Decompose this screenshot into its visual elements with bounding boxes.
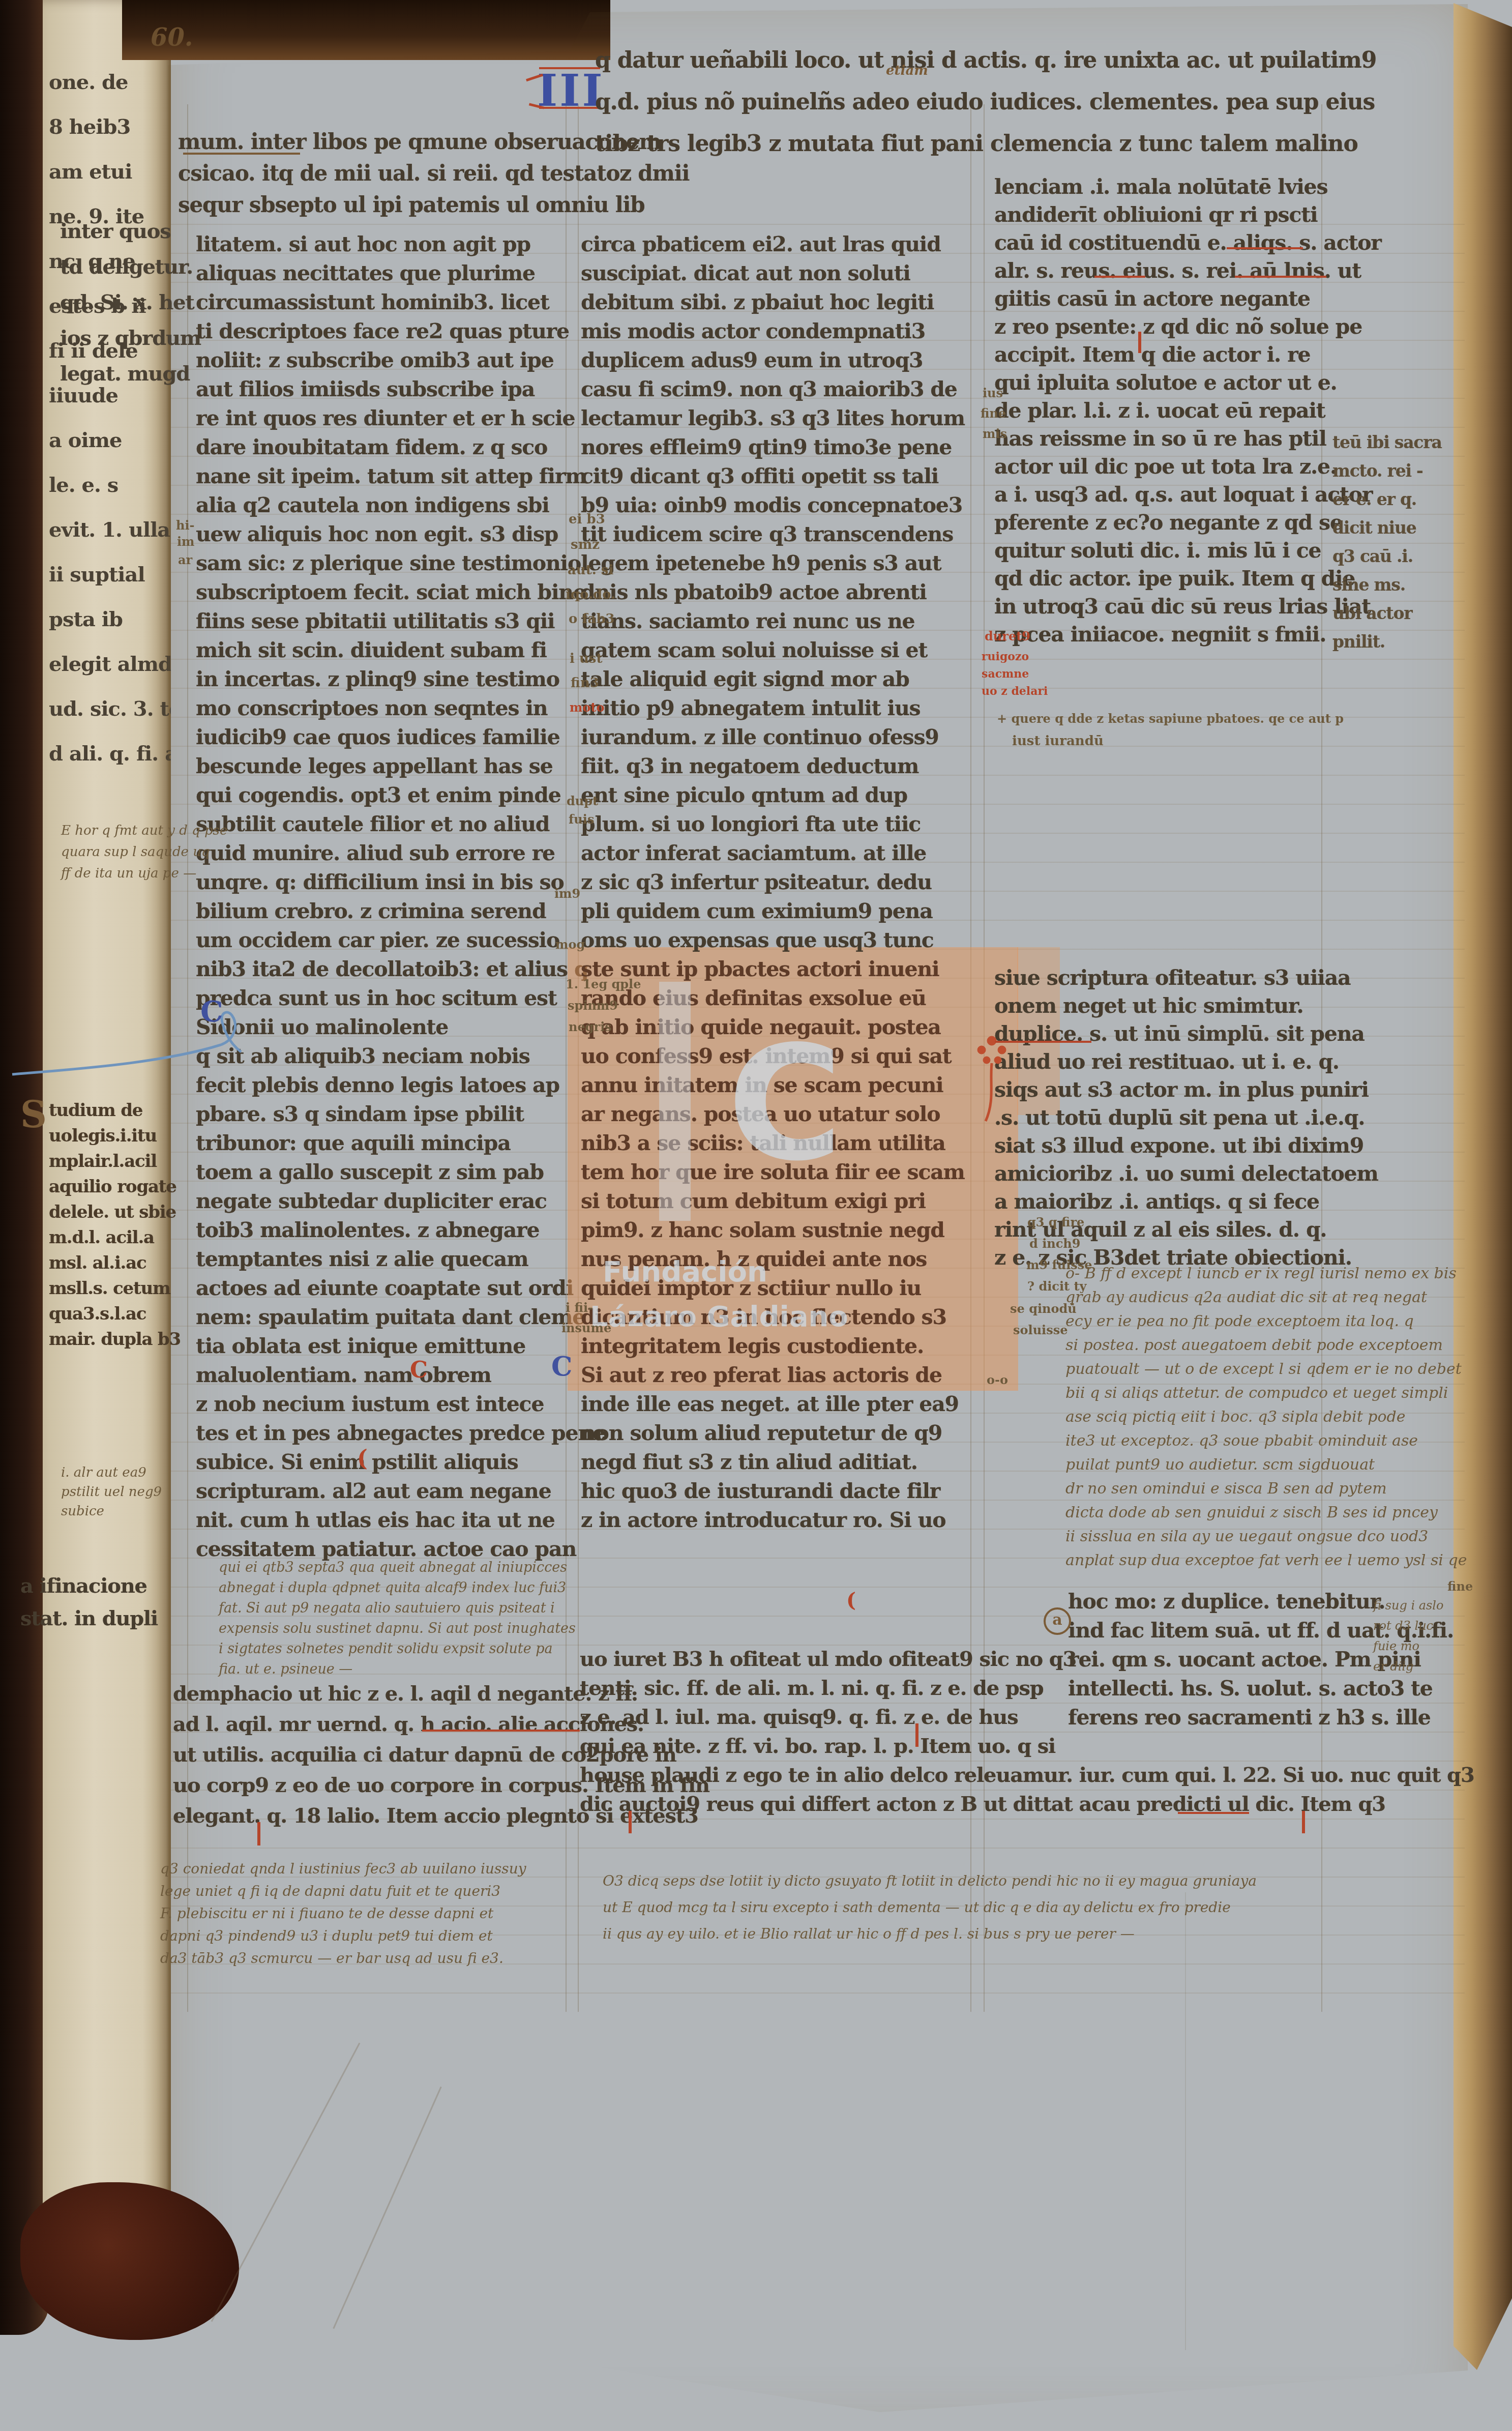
- text-line: re int quos res diunter et er h scie: [196, 404, 605, 433]
- text-line: circumassistunt hominib3. licet: [196, 288, 605, 317]
- gutter-note: soluisse: [1013, 1323, 1068, 1337]
- text-line: fat. Si aut p9 negata alio sautuiero qui…: [219, 1598, 576, 1619]
- text-line: quara sup l saqude uq: [61, 841, 227, 863]
- text-line: ff de ita un uja pe —: [61, 863, 227, 884]
- right-text-column-upper: lenciam .i. mala nolūtatē lviesandiderīt…: [994, 173, 1381, 649]
- text-line: um occidem car pier. ze sucessio: [196, 926, 605, 955]
- text-line: tit iudicem scire q3 transcendens: [581, 520, 965, 549]
- text-line: maluolentiam. nam obrem: [196, 1361, 605, 1390]
- text-line: dr no sen omindui e sisca B sen ad pytem: [1065, 1477, 1467, 1501]
- text-line: z sic q3 infertur psiteatur. dedu: [581, 868, 965, 897]
- paraph-initial: C: [410, 1357, 428, 1383]
- gutter-note: se qinodū: [1010, 1301, 1077, 1316]
- text-line: initio p9 abnegatem intulit ius: [581, 694, 965, 723]
- text-line: teū ibi sacra: [1332, 428, 1442, 457]
- text-line: mair. dupla b3: [49, 1327, 181, 1352]
- gutter-note: im9: [554, 886, 580, 901]
- text-line: expensis solu sustinet dapnu. Si aut pos…: [219, 1619, 576, 1639]
- text-line: da3 tāb3 q3 scmurcu — er bar usq ad usu …: [160, 1947, 526, 1970]
- header-text-block: q datur ueñabili loco. ut nisi d actis. …: [595, 40, 1376, 165]
- text-line: inde ille eas neget. at ille pter ea9: [581, 1390, 959, 1419]
- gutter-note: sacmne: [982, 667, 1029, 681]
- watermark-bar: [659, 982, 691, 1221]
- right-margin-gloss: teū ibi sacramcto. rei -er e. er q.dicit…: [1332, 428, 1442, 656]
- parchment-crease: [1185, 1892, 1186, 2350]
- text-line: pnilit.: [1332, 628, 1442, 656]
- gutter-note: q3 q fire: [1027, 1215, 1084, 1229]
- text-line: ut utilis. acquilia ci datur dapnū de co…: [173, 1740, 709, 1770]
- underfolio-fragments-2: inter quostd deligetur.qd. Si. x. hetios…: [60, 214, 201, 392]
- text-line: cit9 dicant q3 offiti opetit ss tali: [581, 462, 965, 491]
- text-line: fuie mo: [1373, 1636, 1443, 1656]
- text-line: siue scriptura ofiteatur. s3 uiiaa: [994, 964, 1378, 992]
- rubric-stroke: [1302, 1811, 1305, 1833]
- text-line: qua3.s.l.ac: [49, 1301, 181, 1327]
- text-line: non solum aliud reputetur de q9: [581, 1419, 959, 1448]
- text-line: siqs aut s3 actor m. in plus puniri: [994, 1076, 1378, 1104]
- text-line: stat. in dupli: [20, 1602, 158, 1635]
- gutter-note: iust iurandū: [1012, 734, 1104, 749]
- text-line: dicit niue: [1332, 514, 1442, 542]
- text-line: legat. mugd: [60, 356, 201, 392]
- text-line: quitur soluti dic. i. mis lū i ce: [994, 537, 1381, 565]
- gutter-note: aut. si: [568, 563, 613, 578]
- gutter-note: etiam: [886, 63, 928, 78]
- text-line: accipit. Item q die actor i. re: [994, 341, 1381, 369]
- gutter-note: im: [177, 534, 195, 549]
- text-line: F. plebiscitu er ni i fiuano te de desse…: [160, 1902, 526, 1925]
- text-line: dic auctoi9 reus qui differt acton z B u…: [580, 1790, 1474, 1819]
- text-line: iurandum. z ille continuo ofess9: [581, 723, 965, 752]
- paraph-initial: (: [846, 1588, 856, 1612]
- text-line: aliud uo rei restituao. ut i. e. q.: [994, 1048, 1378, 1076]
- text-line: sine ms.: [1332, 571, 1442, 599]
- gutter-note: fine: [1447, 1579, 1473, 1594]
- text-line: mo conscriptoes non seqntes in: [196, 694, 605, 723]
- watermark-text-2: Lázaro Galdiano: [590, 1300, 848, 1333]
- text-line: house plaudi z ego te in alio delco rele…: [580, 1761, 1474, 1790]
- text-line: actor inferat saciamtum. at ille: [581, 839, 965, 868]
- text-line: aquilio rogate: [49, 1174, 181, 1199]
- gutter-note: mog: [555, 937, 585, 952]
- text-line: fia. ut e. psineue —: [219, 1659, 576, 1680]
- text-line: onem neget ut hic smimtur.: [994, 992, 1378, 1020]
- text-line: nem: spaulatim puitata dant cleme: [196, 1303, 605, 1332]
- text-line: integritatem legis custodiente.: [581, 1332, 965, 1361]
- text-line: i. alr aut ea9: [61, 1463, 162, 1482]
- gutter-note: fin3: [571, 676, 599, 691]
- text-line: predca sunt us in hoc scitum est: [196, 984, 605, 1013]
- gutter-note: ius: [983, 386, 1003, 400]
- rubric-underline: [995, 1041, 1091, 1043]
- text-line: quid munire. aliud sub errore re: [196, 839, 605, 868]
- text-line: ios z qbrdum: [60, 320, 201, 356]
- text-line: in utroq3 caū dic sū reus lrias liat: [994, 593, 1381, 621]
- text-line: mich sit scin. diuident subam fi: [196, 636, 605, 665]
- text-line: Si aut z reo pferat lias actoris de: [581, 1361, 965, 1390]
- text-line: alia q2 cautela non indigens sbi: [196, 491, 605, 520]
- text-line: pli quidem cum eximium9 pena: [581, 897, 965, 926]
- text-line: z in actore introducatur ro. Si uo: [581, 1506, 959, 1535]
- circled-letter-mark: a: [1044, 1607, 1071, 1635]
- manuscript-photo: { "colors":{"ink":"#463c2e","gloss":"#6d…: [0, 0, 1512, 2431]
- text-line: toem a gallo suscepit z sim pab: [196, 1158, 605, 1187]
- text-line: er diig: [1373, 1656, 1443, 1677]
- text-line: nores effleim9 qtin9 timo3e pene: [581, 433, 965, 462]
- text-line: pbare. s3 q sindam ipse pbilit: [196, 1100, 605, 1129]
- gutter-note: i ust: [570, 651, 602, 666]
- text-line: in incertas. z plinq9 sine testimo: [196, 665, 605, 694]
- gutter-note: fuis: [569, 812, 594, 827]
- text-line: caū id costituendū e. aliqs. s. actor: [994, 229, 1381, 257]
- text-line: fiins sese pbitatii utilitatis s3 qii: [196, 607, 605, 636]
- text-line: z pcea iniiacoe. negniit s fmii.: [994, 621, 1381, 649]
- text-line: uo corp9 z eo de uo corpore in corpus. I…: [173, 1770, 709, 1801]
- folio-number: 60.: [151, 23, 193, 52]
- text-line: tians. saciamto rei nunc us ne: [581, 607, 965, 636]
- left-margin-cursive-note: E hor q fmt aut y d q psequara sup l saq…: [61, 820, 227, 884]
- text-line: ubi actor: [1332, 599, 1442, 628]
- text-line: uo iuret B3 h ofiteat ul mdo ofiteat9 si…: [580, 1645, 1076, 1674]
- text-line: q sit ab aliquib3 neciam nobis: [196, 1042, 605, 1071]
- text-line: lenciam .i. mala nolūtatē lvies: [994, 173, 1381, 201]
- bottom-cursive-gloss: O3 dicq seps dse lotiit iy dicto gsuyato…: [603, 1868, 1257, 1947]
- text-line: q3 coniedat qnda l iustinius fec3 ab uui…: [160, 1858, 526, 1880]
- text-line: Sidonii uo malinolente: [196, 1013, 605, 1042]
- left-bottom-cursive-upper: qui ei qtb3 septa3 qua queit abnegat al …: [219, 1558, 576, 1680]
- rubric-underline: [1094, 276, 1145, 278]
- text-line: mcto. rei -: [1332, 457, 1442, 485]
- text-line: hic quo3 de iusturandi dacte filr: [581, 1477, 959, 1506]
- text-line: nib3 ita2 de decollatoib3: et alius q: [196, 955, 605, 984]
- left-text-column: litatem. si aut hoc non agit ppaliquas n…: [196, 230, 605, 1564]
- text-line: qrab ay audicus q2a audiat dic sit at re…: [1065, 1285, 1467, 1309]
- text-line: tale aliquid egit signd mor ab: [581, 665, 965, 694]
- text-line: puatoualt — ut o de except l si qdem er …: [1065, 1357, 1467, 1381]
- text-line: anplat sup dua exceptoe fat verh ee l ue…: [1065, 1548, 1467, 1572]
- text-line: ent sine piculo qntum ad dup: [581, 781, 965, 810]
- text-line: litatem. si aut hoc non agit pp: [196, 230, 605, 259]
- text-line: subtilit cautele filior et no aliud: [196, 810, 605, 839]
- numeral-red-bar: [539, 107, 600, 109]
- text-line: inter quos: [60, 214, 201, 249]
- gutter-note: m9 fuisse: [1026, 1257, 1092, 1272]
- book-spine: [0, 0, 49, 2335]
- text-line: toib3 malinolentes. z abnegare: [196, 1216, 605, 1245]
- text-line: i sigtates solnetes pendit solidu expsit…: [219, 1639, 576, 1659]
- paraph-initial: C: [551, 1351, 572, 1382]
- rubric-stroke: [257, 1822, 260, 1846]
- text-line: z reo psente: z qd dic nõ solue pe: [994, 313, 1381, 341]
- text-line: suscipiat. dicat aut non soluti: [581, 259, 965, 288]
- gutter-note: uo z delari: [982, 685, 1048, 698]
- text-line: qui cogendis. opt3 et enim pinde: [196, 781, 605, 810]
- gutter-note: duret9: [985, 629, 1030, 643]
- text-line: ad l. aqil. mr uernd. q. h acio. alie ac…: [173, 1709, 709, 1740]
- text-line: duplicem adus9 eum in utroq3: [581, 346, 965, 375]
- gutter-note: moto: [570, 700, 605, 715]
- text-line: sequr sbsepto ul ipi patemis ul omniu li…: [178, 189, 689, 221]
- text-line: giitis casū in actore negante: [994, 285, 1381, 313]
- text-line: plum. si uo longiori fta ute tiic: [581, 810, 965, 839]
- text-line: uew aliquis hoc non egit. s3 disp: [196, 520, 605, 549]
- text-line: duplice. s. ut inū simplū. sit pena: [994, 1020, 1378, 1048]
- middle-text-column-lower: inde ille eas neget. at ille pter ea9non…: [581, 1390, 959, 1535]
- gutter-note: smz: [571, 537, 600, 552]
- gutter-note: dupt: [567, 794, 598, 808]
- gutter-note: hi-: [176, 518, 195, 533]
- text-line: qd dic actor. ipe puik. Item q die: [994, 565, 1381, 593]
- gutter-note: insume: [561, 1321, 611, 1335]
- numeral-red-bar: [539, 67, 600, 69]
- text-line: casu fi scim9. non q3 maiorib3 de: [581, 375, 965, 404]
- text-line: aut filios imiisds subscribe ipa: [196, 375, 605, 404]
- gutter-note: i fii-: [566, 1300, 593, 1315]
- text-line: actoes ad eiunte coaptate sut ordi: [196, 1274, 605, 1303]
- rubric-underline: [1227, 247, 1303, 249]
- paraph-initial: (: [357, 1446, 368, 1472]
- text-line: lege uniet q fi iq de dapni datu fuit et…: [160, 1880, 526, 1902]
- text-line: .s. ut totū duplū sit pena ut .i.e.q.: [994, 1104, 1378, 1132]
- left-margin-low-note: a ifinacionestat. in dupli: [20, 1570, 158, 1635]
- text-line: delele. ut sbie: [49, 1199, 181, 1225]
- text-line: dicta dode ab sen gnuidui z sisch B ses …: [1065, 1501, 1467, 1525]
- text-line: de plar. l.i. z i. uocat eū repait: [994, 397, 1381, 425]
- text-line: fiit. q3 in negatoem deductum: [581, 752, 965, 781]
- text-line: alr. s. reus. eius. s. rei. aū lnis. ut: [994, 257, 1381, 285]
- text-line: oms uo expensas que usq3 tunc: [581, 926, 965, 955]
- text-line: td deligetur.: [60, 249, 201, 285]
- watermark-text-1: Fundación: [603, 1255, 767, 1288]
- rubric-underline: [183, 153, 300, 155]
- text-line: amicioribz .i. uo sumi delectatoem: [994, 1160, 1378, 1188]
- text-line: ii sisslua en sila ay ue uegaut ongsue d…: [1065, 1525, 1467, 1548]
- text-line: negd fiut s3 z tin aliud aditiat.: [581, 1448, 959, 1477]
- text-line: temptantes nisi z alie quecam: [196, 1245, 605, 1274]
- text-line: subscriptoem fecit. sciat mich bine: [196, 578, 605, 607]
- left-bottom-cursive-lower: q3 coniedat qnda l iustinius fec3 ab uui…: [160, 1858, 526, 1970]
- text-line: nit. cum h utlas eis hac ita ut ne: [196, 1506, 605, 1535]
- text-line: fecit plebis denno legis latoes ap: [196, 1071, 605, 1100]
- text-line: pstilit uel neg9: [61, 1482, 162, 1502]
- gutter-note: spinm9: [568, 998, 618, 1013]
- text-line: bii q si aliqs attetur. de compudco et u…: [1065, 1381, 1467, 1405]
- gutter-note: d inch9: [1029, 1236, 1080, 1251]
- text-line: si postea. post auegatoem debit pode exc…: [1065, 1333, 1467, 1357]
- text-line: puilat punt9 uo audietur. scm sigduouat: [1065, 1453, 1467, 1477]
- right-column-cursive-gloss: o- B ff d except l iuncb er ix regl iuri…: [1065, 1262, 1467, 1572]
- text-line: a maioribz .i. antiqs. q si fece: [994, 1188, 1378, 1216]
- text-line: subice: [61, 1502, 162, 1521]
- rubric-stroke: [915, 1723, 918, 1747]
- text-line: qd. Si. x. het: [60, 285, 201, 320]
- text-line: tia oblata est inique emittune: [196, 1332, 605, 1361]
- text-line: dnis nls pbatoib9 actoe abrenti: [581, 578, 965, 607]
- text-line: q datur ueñabili loco. ut nisi d actis. …: [595, 40, 1376, 81]
- text-line: iudicib9 cae quos iudices familie: [196, 723, 605, 752]
- text-line: E hor q fmt aut y d q pse: [61, 820, 227, 841]
- text-line: pferente z ec?o negante z qd se: [994, 509, 1381, 537]
- rubric-stroke: [1138, 332, 1141, 353]
- gutter-note: ei b3: [569, 512, 605, 527]
- text-line: qui ipluita solutoe e actor ut e.: [994, 369, 1381, 397]
- text-line: fi sug i aslo: [1373, 1595, 1443, 1616]
- text-line: unqre. q: difficilium insi in bis so: [196, 868, 605, 897]
- text-line: demphacio ut hic z e. l. aqil d negante.…: [173, 1679, 709, 1709]
- text-line: bescunde leges appellant has se: [196, 752, 605, 781]
- left-bottom-text-block: demphacio ut hic z e. l. aqil d negante.…: [173, 1679, 709, 1831]
- gutter-note: ? dicit ty: [1027, 1279, 1087, 1294]
- gutter-note: ar: [178, 552, 192, 567]
- text-line: bilium crebro. z crimina serend: [196, 897, 605, 926]
- text-line: dapni q3 pindend9 u3 i duplu pet9 tui di…: [160, 1925, 526, 1947]
- text-line: msll.s. cetum: [49, 1276, 181, 1301]
- text-line: q3 caū .i.: [1332, 542, 1442, 571]
- gutter-note: negris: [569, 1019, 612, 1034]
- middle-text-column-upper: circa pbaticem ei2. aut lras quidsuscipi…: [581, 230, 965, 955]
- left-margin-study-gloss: tudium deuolegis.i.itumplair.l.acilaquil…: [49, 1098, 181, 1352]
- text-line: gatem scam solui noluisse si et: [581, 636, 965, 665]
- binding-shadow-top: [122, 0, 610, 60]
- text-line: ecy er ie pea no fit pode exceptoem ita …: [1065, 1309, 1467, 1333]
- text-line: has reissme in so ū re has ptil: [994, 425, 1381, 453]
- gutter-note: mis: [983, 426, 1007, 441]
- text-line: noliit: z subscribe omib3 aut ipe: [196, 346, 605, 375]
- text-line: circa pbaticem ei2. aut lras quid: [581, 230, 965, 259]
- text-line: subice. Si enim pstilit aliquis: [196, 1448, 605, 1477]
- text-line: mplair.l.acil: [49, 1149, 181, 1174]
- text-line: O3 dicq seps dse lotiit iy dicto gsuyato…: [603, 1868, 1257, 1894]
- text-line: pim9. z hanc solam sustnie negd: [581, 1216, 965, 1245]
- right-margin-note: fi sug i aslorot d3 lucfuie moer diig: [1373, 1595, 1443, 1677]
- text-line: actor uil dic poe ut tota lra z.e.: [994, 453, 1381, 481]
- text-line: debitum sibi. z pbaiut hoc legiti: [581, 288, 965, 317]
- text-line: ii qus ay ey uilo. et ie Blio rallat ur …: [603, 1921, 1257, 1947]
- paraph-initial: C: [200, 995, 223, 1029]
- text-line: sam sic: z plerique sine testimonio: [196, 549, 605, 578]
- text-line: er e. er q.: [1332, 485, 1442, 514]
- text-line: uolegis.i.itu: [49, 1123, 181, 1149]
- gutter-note: ruigozo: [982, 650, 1029, 663]
- text-line: mis modis actor condempnati3: [581, 317, 965, 346]
- gutter-note: o fab3: [569, 611, 615, 627]
- text-line: dare inoubitatam fidem. z q sco: [196, 433, 605, 462]
- bottom-block-wide: house plaudi z ego te in alio delco rele…: [580, 1761, 1474, 1819]
- gutter-note: iqo.do.: [566, 587, 615, 602]
- text-line: ut E quod mcg ta l siru excepto i sath d…: [603, 1894, 1257, 1921]
- rubric-stroke: [629, 1811, 632, 1833]
- text-line: scripturam. al2 aut eam negane: [196, 1477, 605, 1506]
- gutter-note: fine: [981, 406, 1006, 421]
- gutter-note: o-o: [987, 1372, 1008, 1387]
- text-line: tes et in pes abnegactes predce pene: [196, 1419, 605, 1448]
- text-line: msl. al.i.ac: [49, 1250, 181, 1276]
- text-line: m.d.l. acil.a: [49, 1225, 181, 1250]
- text-line: tribunor: que aquili mincipa: [196, 1129, 605, 1158]
- watermark-monogram: C: [727, 1012, 843, 1196]
- text-line: b9 uia: oinb9 modis concepnatoe3: [581, 491, 965, 520]
- text-line: tibz trs legib3 z mutata fiut pani cleme…: [595, 123, 1376, 165]
- left-margin-mid-note: i. alr aut ea9pstilit uel neg9subice: [61, 1463, 162, 1521]
- text-line: o- B ff d except l iuncb er ix regl iuri…: [1065, 1262, 1467, 1285]
- text-line: rot d3 luc: [1373, 1616, 1443, 1636]
- text-line: lectamur legib3. s3 q3 lites horum: [581, 404, 965, 433]
- text-line: a i. usq3 ad. q.s. aut loquat i actor: [994, 481, 1381, 509]
- text-line: abnegat i dupla qdpnet quita alcaf9 inde…: [219, 1578, 576, 1598]
- text-line: q.d. pius nõ puinelñs adeo eiudo iudices…: [595, 81, 1376, 123]
- gutter-note: + quere q dde z ketas sapiune pbatoes. q…: [997, 711, 1344, 726]
- text-line: ti descriptoes face re2 quas pture: [196, 317, 605, 346]
- rubric-underline: [1178, 1812, 1249, 1814]
- text-line: negate subtedar dupliciter erac: [196, 1187, 605, 1216]
- text-line: legem ipetenebe h9 penis s3 aut: [581, 549, 965, 578]
- paraph-initial: S: [20, 1093, 47, 1136]
- text-line: aliquas necittates que plurime: [196, 259, 605, 288]
- rubric-underline: [422, 1730, 580, 1732]
- text-line: nane sit ipeim. tatum sit attep firm: [196, 462, 605, 491]
- text-line: ase sciq pictiq eiit i boc. q3 sipla deb…: [1065, 1405, 1467, 1429]
- text-line: intellecti. hs. S. uolut. s. acto3 te: [1068, 1674, 1454, 1703]
- text-line: ite3 ut exceptoz. q3 soue pbabit omindui…: [1065, 1429, 1467, 1453]
- rubric-underline: [1235, 276, 1326, 278]
- gutter-note: 1. 1eg qple: [566, 977, 641, 991]
- text-line: siat s3 illud expone. ut ibi dixim9: [994, 1132, 1378, 1160]
- text-line: andiderīt obliuioni qr ri pscti: [994, 201, 1381, 229]
- text-line: a ifinacione: [20, 1570, 158, 1602]
- text-line: z nob necium iustum est intece: [196, 1390, 605, 1419]
- text-line: ferens reo sacramenti z h3 s. ille: [1068, 1703, 1454, 1732]
- text-line: qui ei qtb3 septa3 qua queit abnegat al …: [219, 1558, 576, 1578]
